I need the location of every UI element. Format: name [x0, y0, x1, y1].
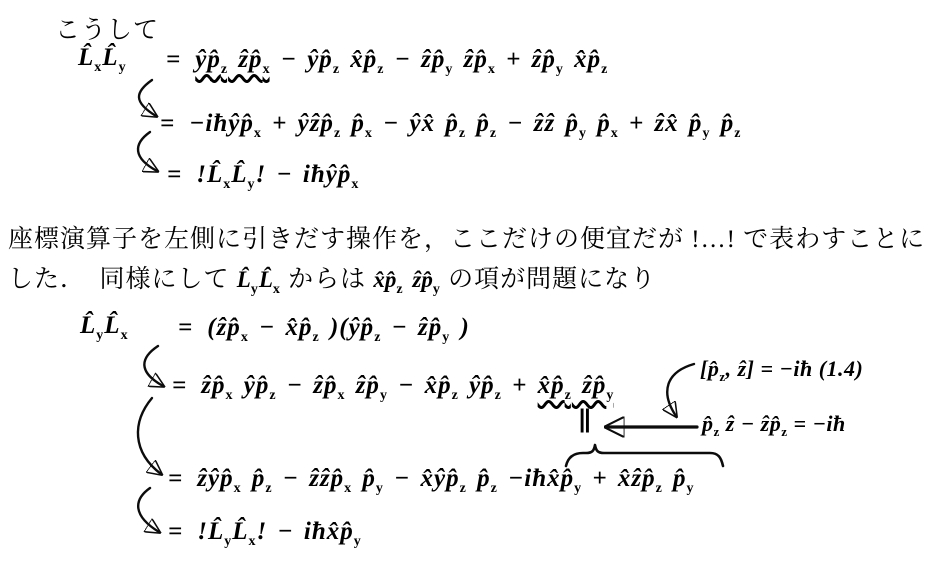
- block1-line2-terms: −iħŷp̂x + ŷẑp̂z p̂x − ŷx̂ p̂z p̂z − ẑẑ p…: [189, 110, 741, 137]
- equals-sign: =: [168, 465, 183, 493]
- flow-arrow-icon: [138, 132, 157, 171]
- block2-line2-terms: ẑp̂x ŷp̂z − ẑp̂x ẑp̂y − x̂p̂z ŷp̂z +: [201, 372, 537, 399]
- block2-line3-terms: ẑŷp̂x p̂z − ẑẑp̂x p̂y − x̂ŷp̂z p̂z: [197, 465, 508, 492]
- overbrace-icon: [566, 445, 723, 466]
- flow-arrow-icon: [139, 80, 156, 116]
- flow-arrow-icon: [138, 398, 161, 474]
- equals-sign: =: [168, 518, 183, 546]
- flow-arrow-icon: [144, 346, 163, 386]
- block2-line4: =!L̂yL̂x! − iħx̂p̂y: [168, 518, 362, 550]
- paragraph-line2-post: の項が問題になり: [441, 266, 656, 293]
- block2-line1-terms: (ẑp̂x − x̂p̂z )(ŷp̂z − ẑp̂y ): [207, 314, 470, 341]
- block2-lhs: L̂yL̂x: [80, 312, 129, 344]
- block2-line3: =ẑŷp̂x p̂z − ẑẑp̂x p̂y − x̂ŷp̂z p̂z −iħx…: [168, 465, 695, 497]
- paragraph-line2: した． 同様にして L̂yL̂x からは x̂p̂z ẑp̂y の項が問題になり: [8, 259, 656, 298]
- equals-sign: =: [160, 110, 175, 138]
- block1-line3: =!L̂xL̂y! − iħŷp̂x: [167, 161, 359, 193]
- block1-line1: =ŷp̂z ẑp̂x − ŷp̂z x̂p̂z − ẑp̂y ẑp̂x + ẑp…: [166, 46, 608, 78]
- commutator-note: [p̂z, ẑ] = −iħ (1.4): [700, 356, 863, 385]
- vertical-equals: ∥: [578, 407, 592, 437]
- inline-math-LyLx: L̂yL̂x: [237, 267, 281, 292]
- equals-sign: =: [167, 161, 182, 189]
- textbook-page: こうして L̂xL̂y =ŷp̂z ẑp̂x − ŷp̂z x̂p̂z − ẑp…: [0, 0, 939, 571]
- intro-text: こうして: [55, 10, 159, 46]
- paragraph-line2-pre: した． 同様にして: [8, 266, 237, 293]
- block1-line1-rest: − ŷp̂z x̂p̂z − ẑp̂y ẑp̂x + ẑp̂y x̂p̂z: [271, 46, 609, 73]
- block2-line1: =(ẑp̂x − x̂p̂z )(ŷp̂z − ẑp̂y ): [178, 314, 470, 346]
- paragraph-line1: 座標演算子を左側に引きだす操作を，ここだけの便宜だが !…! で表わすことに: [8, 219, 925, 255]
- block2-line4-terms: !L̂yL̂x! − iħx̂p̂y: [197, 518, 362, 545]
- equals-sign: =: [172, 372, 187, 400]
- equals-sign: =: [166, 46, 181, 74]
- flow-arrow-icon: [138, 488, 159, 532]
- block1-line3-terms: !L̂xL̂y! − iħŷp̂x: [196, 161, 359, 188]
- block2-wavy-term: x̂p̂z ẑp̂y: [538, 372, 615, 399]
- block1-wavy-term: ŷp̂z ẑp̂x: [195, 46, 270, 73]
- commutator-expanded-note: p̂z ẑ − ẑp̂z = −iħ: [702, 411, 846, 440]
- inline-math-term: x̂p̂z ẑp̂y: [373, 267, 440, 292]
- block1-lhs: L̂xL̂y: [78, 44, 127, 76]
- block2-line3-braced-terms: −iħx̂p̂y + x̂ẑp̂z p̂y: [508, 465, 694, 492]
- equals-sign: =: [178, 314, 193, 342]
- block2-line2: =ẑp̂x ŷp̂z − ẑp̂x ẑp̂y − x̂p̂z ŷp̂z + x̂…: [172, 372, 614, 404]
- paragraph-line2-mid: からは: [281, 266, 374, 293]
- block1-line2: =−iħŷp̂x + ŷẑp̂z p̂x − ŷx̂ p̂z p̂z − ẑẑ …: [160, 110, 741, 142]
- note-curved-arrow-icon: [667, 364, 694, 416]
